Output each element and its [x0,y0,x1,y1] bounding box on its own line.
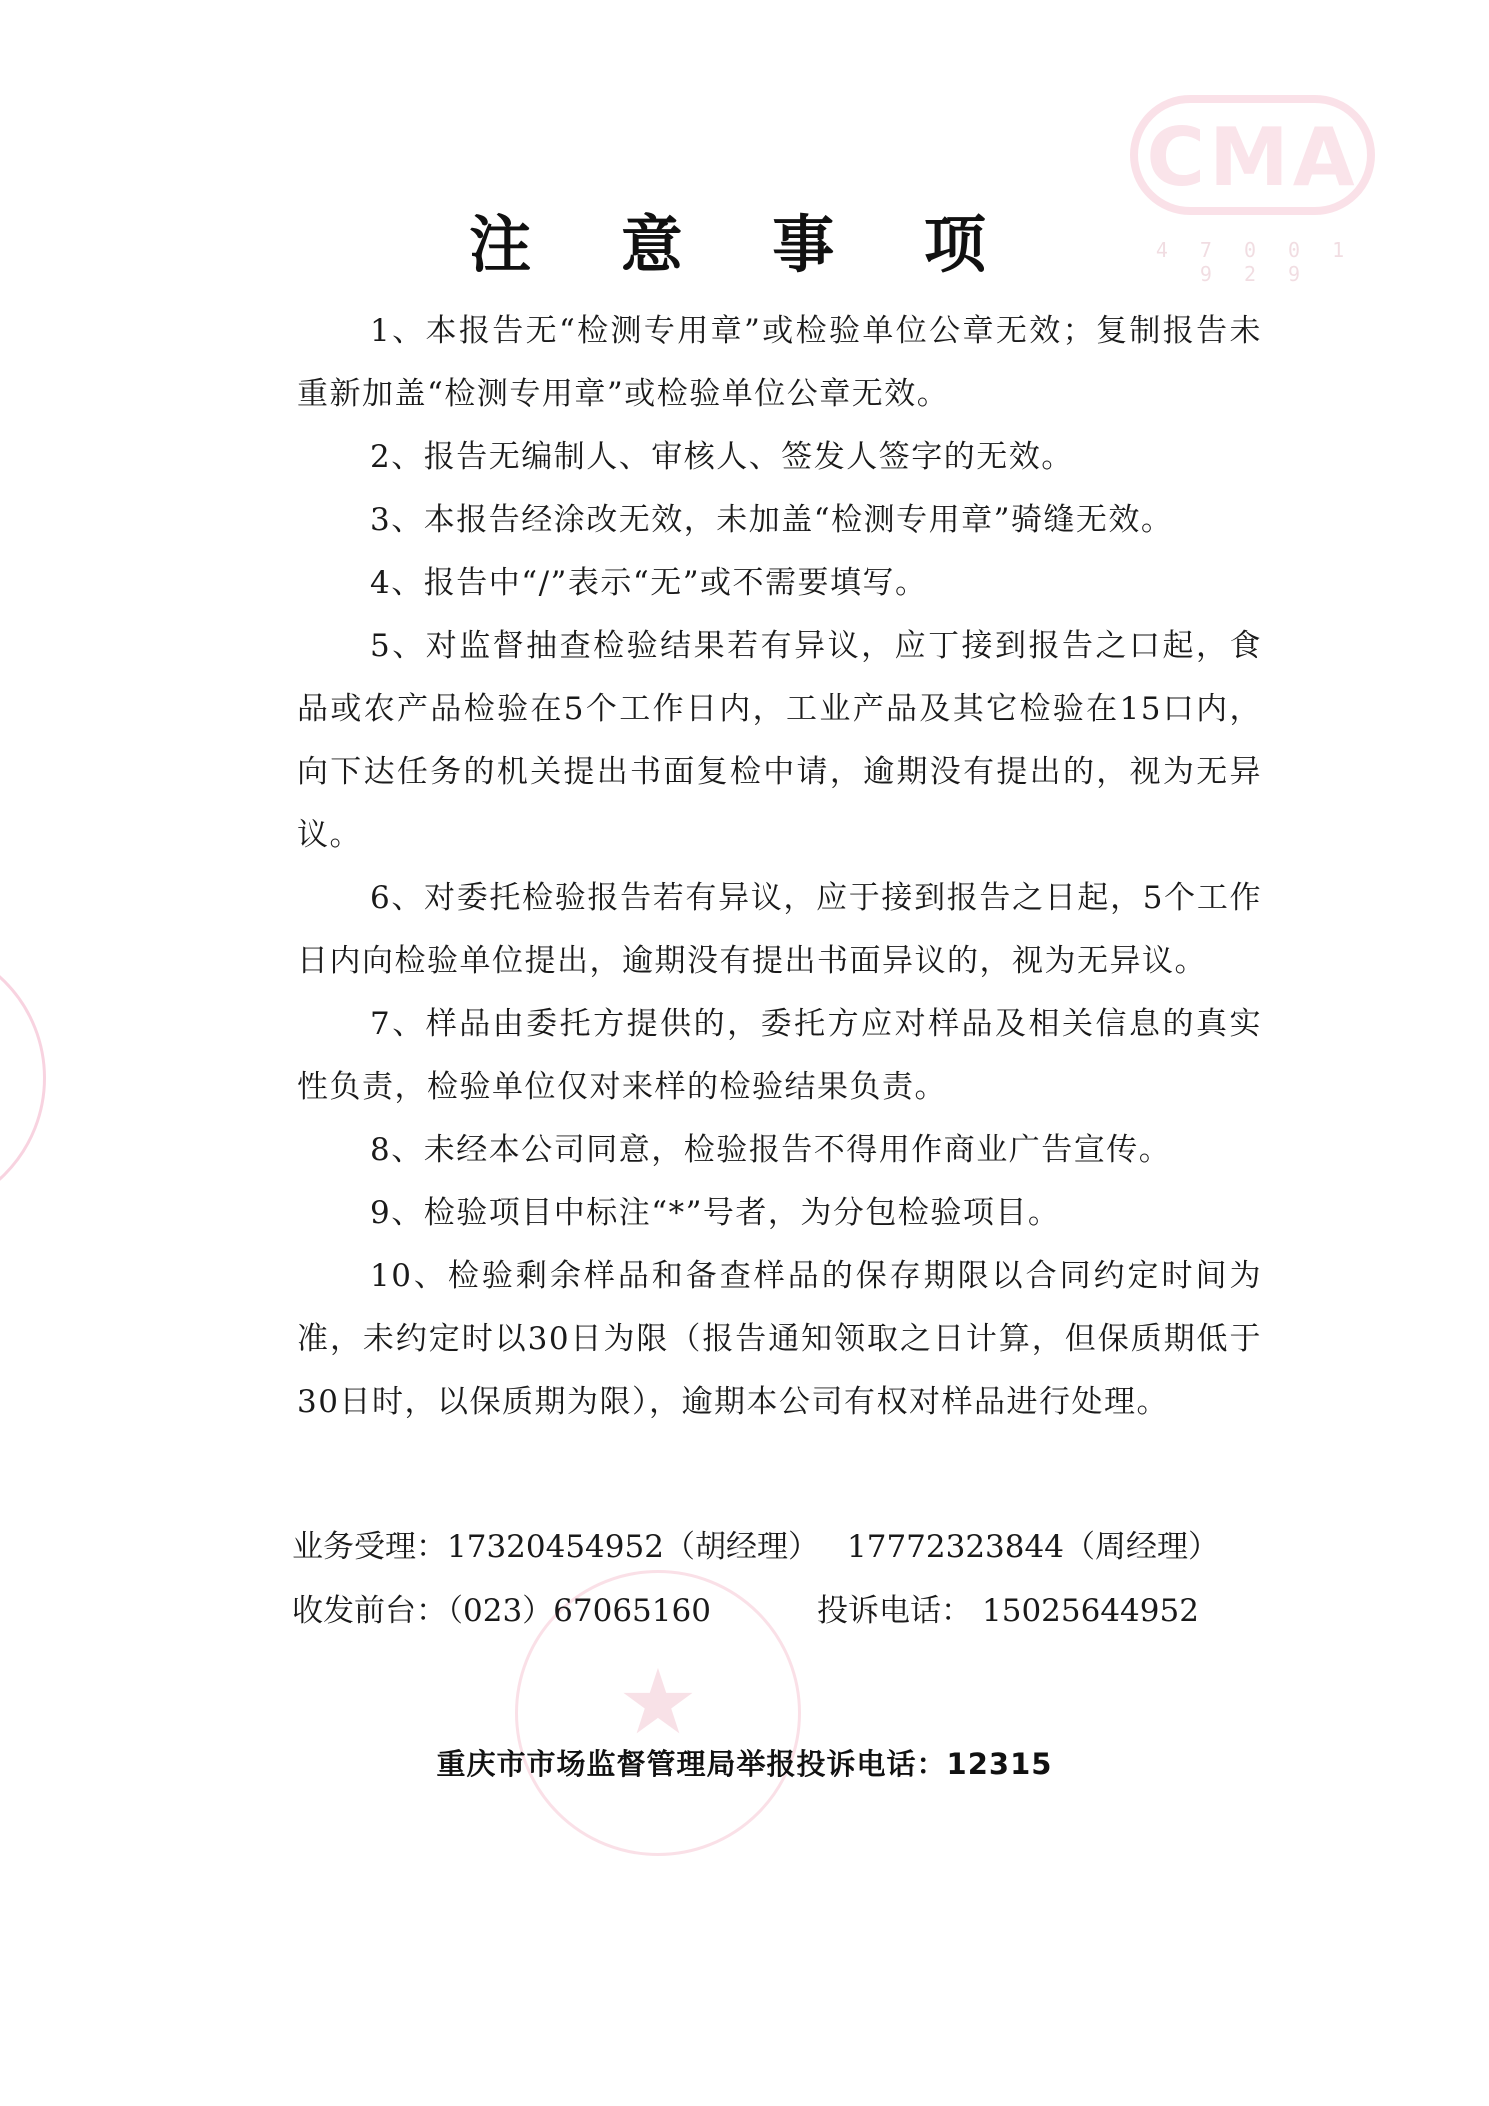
note-item-8: 8、未经本公司同意，检验报告不得用作商业广告宣传。 [297,1119,1262,1182]
note-item-4: 4、报告中“/”表示“无”或不需要填写。 [297,552,1262,615]
cma-stamp-letters: CMA [1138,111,1367,204]
contact-block: 业务受理： 17320454952（胡经理） 17772323844（周经理） … [292,1515,1292,1643]
reception-label: 收发前台： [292,1579,447,1643]
reception-contact-row: 收发前台： （023）67065160 投诉电话： 15025644952 [292,1579,1292,1643]
note-item-7: 7、样品由委托方提供的，委托方应对样品及相关信息的真实性负责，检验单位仅对来样的… [297,993,1262,1119]
note-item-10: 10、检验剩余样品和备查样品的保存期限以合同约定时间为准，未约定时以30日为限（… [297,1245,1262,1434]
seam-stamp-partial [0,940,46,1216]
notes-list: 1、本报告无“检测专用章”或检验单位公章无效；复制报告未重新加盖“检测专用章”或… [297,300,1262,1434]
reception-phone: （023）67065160 [432,1579,711,1643]
note-item-2: 2、报告无编制人、审核人、签发人签字的无效。 [297,426,1262,489]
business-contact-row: 业务受理： 17320454952（胡经理） 17772323844（周经理） [292,1515,1292,1579]
note-item-9: 9、检验项目中标注“*”号者，为分包检验项目。 [297,1182,1262,1245]
note-item-3: 3、本报告经涂改无效，未加盖“检测专用章”骑缝无效。 [297,489,1262,552]
note-item-5: 5、对监督抽查检验结果若有异议，应丁接到报告之口起，食品或农产品检验在5个工作日… [297,615,1262,867]
star-icon: ★ [518,1658,798,1748]
complaint-phone: 15025644952 [982,1579,1199,1643]
note-item-1: 1、本报告无“检测专用章”或检验单位公章无效；复制报告未重新加盖“检测专用章”或… [297,300,1262,426]
business-phone-2: 17772323844（周经理） [847,1515,1219,1579]
page-title: 注 意 事 项 [0,195,1489,284]
note-item-6: 6、对委托检验报告若有异议，应于接到报告之日起，5个工作日内向检验单位提出，逾期… [297,867,1262,993]
business-label: 业务受理： [292,1515,447,1579]
hotline-text: 重庆市市场监督管理局举报投诉电话：12315 [0,1742,1489,1783]
document-page: CMA 4 7 0 0 1 9 2 9 ★ 注 意 事 项 1、本报告无“检测专… [0,0,1489,2106]
complaint-label: 投诉电话： [817,1579,972,1643]
business-phone-1: 17320454952（胡经理） [447,1515,819,1579]
